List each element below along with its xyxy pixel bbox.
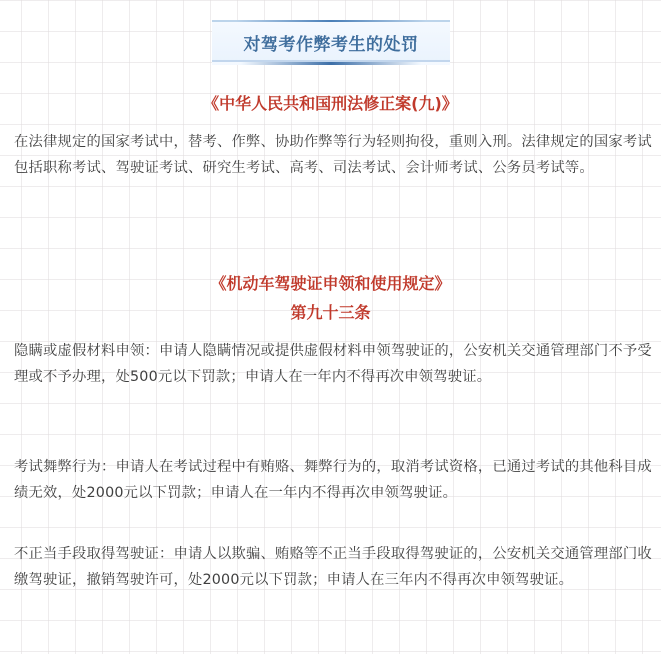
paragraph-criminal-law: 在法律规定的国家考试中，替考、作弊、协助作弊等行为轻则拘役，重则入刑。法律规定的… [14,129,654,181]
law-title-criminal-amendment: 《中华人民共和国刑法修正案(九)》 [0,93,661,115]
paragraph-false-materials: 隐瞒或虚假材料申领：申请人隐瞒情况或提供虚假材料申领驾驶证的，公安机关交通管理部… [14,338,654,390]
article-page: 对驾考作弊考生的处罚 《中华人民共和国刑法修正案(九)》 在法律规定的国家考试中… [0,0,661,654]
paragraph-exam-cheating: 考试舞弊行为：申请人在考试过程中有贿赂、舞弊行为的，取消考试资格，已通过考试的其… [14,454,654,506]
page-title: 对驾考作弊考生的处罚 [244,30,419,55]
law-title-driving-license-rules: 《机动车驾驶证申领和使用规定》 [0,273,661,295]
title-banner: 对驾考作弊考生的处罚 [212,20,450,65]
article-number: 第九十三条 [0,302,661,324]
paragraph-improper-means: 不正当手段取得驾驶证：申请人以欺骗、贿赂等不正当手段取得驾驶证的，公安机关交通管… [14,541,654,593]
